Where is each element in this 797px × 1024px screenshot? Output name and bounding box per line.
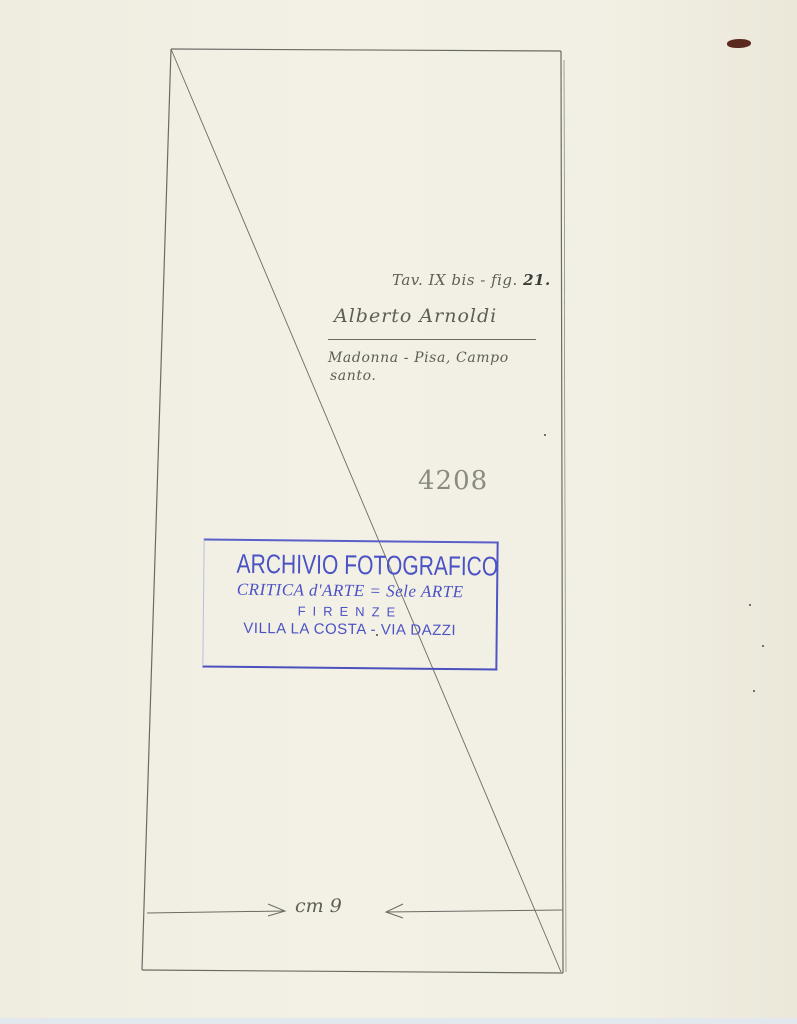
subject-line-2: santo. xyxy=(330,368,376,384)
measure-line-left xyxy=(147,911,285,913)
stamp-line-2: CRITICA d'ARTE = Sele ARTE xyxy=(204,579,496,602)
crop-left-edge xyxy=(142,49,171,970)
crop-right-edge xyxy=(561,51,563,973)
stamp-line-1: ARCHIVIO FOTOGRAFICO xyxy=(236,549,464,582)
measurement-label: cm 9 xyxy=(295,895,342,917)
speck xyxy=(544,434,546,436)
inventory-number: 4208 xyxy=(418,466,488,496)
author-underline xyxy=(328,339,536,340)
subject-line-1: Madonna - Pisa, Campo xyxy=(328,350,509,366)
crop-bottom-edge xyxy=(142,970,563,973)
ink-stain xyxy=(727,39,751,48)
stamp-line-4: VILLA LA COSTA - VIA DAZZI xyxy=(204,619,496,639)
crop-diagonal xyxy=(171,49,561,972)
crop-top-edge xyxy=(171,49,561,51)
speck xyxy=(376,634,378,636)
plate-reference: Tav. IX bis - fig. 21. xyxy=(392,271,551,289)
speck xyxy=(762,645,764,647)
speck xyxy=(749,604,751,606)
stamp-line-3: FIRENZE xyxy=(204,602,496,620)
crop-marks xyxy=(0,0,797,1024)
archive-stamp: ARCHIVIO FOTOGRAFICO CRITICA d'ARTE = Se… xyxy=(202,538,498,670)
author-name: Alberto Arnoldi xyxy=(334,305,497,327)
speck xyxy=(753,690,755,692)
